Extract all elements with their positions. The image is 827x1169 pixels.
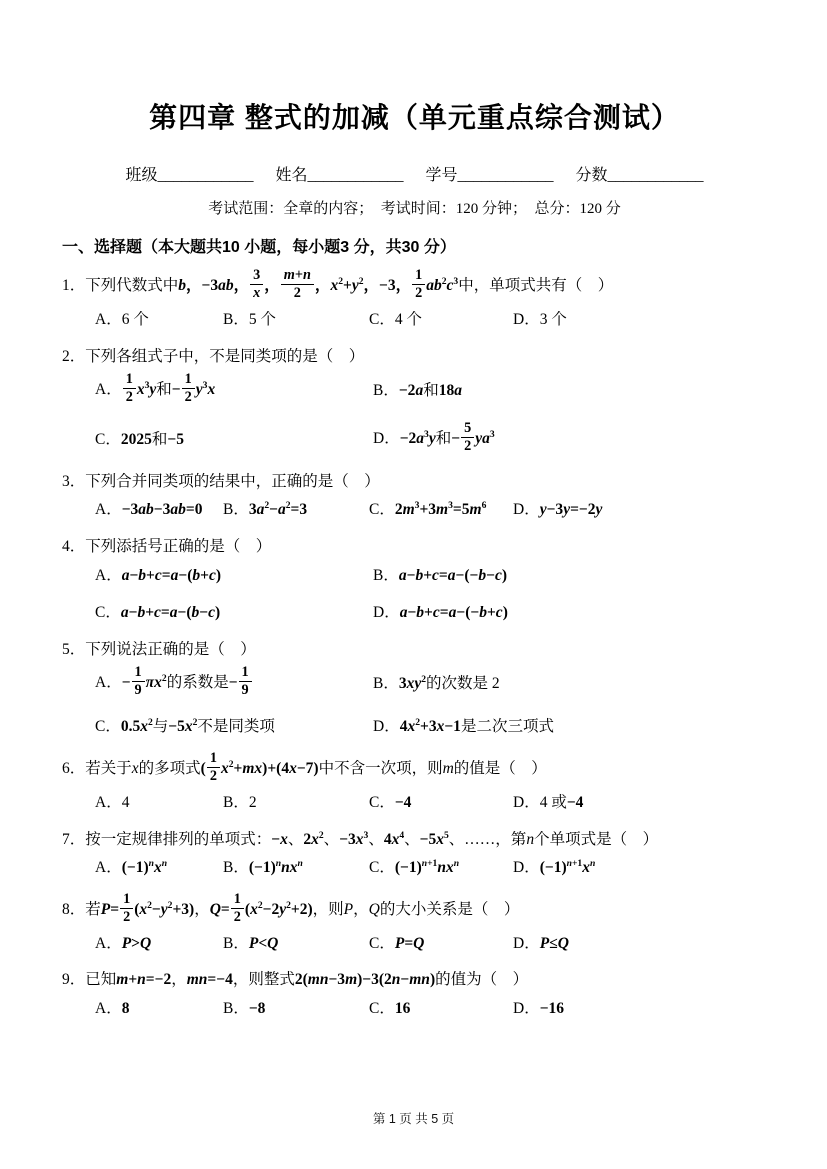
question-9-stem: 9．已知m+n=−2，mn=−4，则整式2(mn−3m)−3(2n−mn)的值为… — [62, 964, 767, 993]
question-1-option-b: B．5 个 — [223, 307, 369, 333]
exam-paper-page: 第四章 整式的加减（单元重点综合测试） 班级____________ 姓名___… — [0, 0, 827, 1169]
question-6-options: A．4 B．2 C．−4 D．4 或−4 — [62, 790, 767, 816]
question-7-option-b: B．(−1)nnxn — [223, 855, 369, 881]
question-5-option-c: C．0.5x2与−5x2不是同类项 — [95, 714, 373, 740]
question-5: 5．下列说法正确的是（ ） A．−19πx2的系数是−19 B．3xy2的次数是… — [62, 634, 767, 740]
question-7-option-a: A．(−1)nxn — [95, 855, 223, 881]
question-3-option-d: D．y−3y=−2y — [513, 497, 767, 523]
question-2-option-b: B．−2a和18a — [373, 378, 767, 404]
question-7-stem: 7．按一定规律排列的单项式：−x、2x2、−3x3、4x4、−5x5、……，第n… — [62, 824, 767, 853]
question-3-options: A．−3ab−3ab=0 B．3a2−a2=3 C．2m3+3m3=5m6 D．… — [62, 497, 767, 523]
question-3-option-b: B．3a2−a2=3 — [223, 497, 369, 523]
name-field: 姓名____________ — [275, 162, 403, 185]
question-1-option-d: D．3 个 — [513, 307, 767, 333]
question-8-option-c: C．P=Q — [369, 931, 513, 957]
question-9: 9．已知m+n=−2，mn=−4，则整式2(mn−3m)−3(2n−mn)的值为… — [62, 964, 767, 1021]
page-title: 第四章 整式的加减（单元重点综合测试） — [62, 96, 767, 136]
question-6-option-b: B．2 — [223, 790, 369, 816]
question-9-option-b: B．−8 — [223, 996, 369, 1022]
question-4-option-d: D．a−b+c=a−(−b+c) — [373, 600, 767, 626]
question-1-options: A．6 个 B．5 个 C．4 个 D．3 个 — [62, 307, 767, 333]
question-8: 8．若P=12(x2−y2+3)，Q=12(x2−2y2+2)，则P，Q的大小关… — [62, 889, 767, 957]
question-8-option-b: B．P<Q — [223, 931, 369, 957]
question-2: 2．下列各组式子中，不是同类项的是（ ） A．12x3y和−12y3x B．−2… — [62, 341, 767, 458]
question-9-option-a: A．8 — [95, 996, 223, 1022]
question-5-options: A．−19πx2的系数是−19 B．3xy2的次数是 2 C．0.5x2与−5x… — [62, 665, 767, 740]
question-3-stem: 3．下列合并同类项的结果中，正确的是（ ） — [62, 466, 767, 495]
question-1: 1．下列代数式中b，−3ab，3x，m+n2，x2+y2，−3，12ab2c3中… — [62, 265, 767, 333]
score-field: 分数____________ — [576, 162, 704, 185]
question-4-options: A．a−b+c=a−(b+c) B．a−b+c=a−(−b−c) C．a−b+c… — [62, 563, 767, 626]
question-4-option-a: A．a−b+c=a−(b+c) — [95, 563, 373, 589]
question-6-option-a: A．4 — [95, 790, 223, 816]
question-1-option-c: C．4 个 — [369, 307, 513, 333]
question-7: 7．按一定规律排列的单项式：−x、2x2、−3x3、4x4、−5x5、……，第n… — [62, 824, 767, 881]
question-6-option-c: C．−4 — [369, 790, 513, 816]
student-id-field: 学号____________ — [426, 162, 554, 185]
question-8-stem: 8．若P=12(x2−y2+3)，Q=12(x2−2y2+2)，则P，Q的大小关… — [62, 889, 767, 929]
question-2-option-a: A．12x3y和−12y3x — [95, 372, 373, 409]
question-5-option-d: D．4x2+3x−1是二次三项式 — [373, 714, 767, 740]
question-9-option-c: C．16 — [369, 996, 513, 1022]
question-1-option-a: A．6 个 — [95, 307, 223, 333]
question-6-stem: 6．若关于x的多项式(12x2+mx)+(4x−7)中不含一次项，则m的值是（ … — [62, 748, 767, 788]
question-3-option-a: A．−3ab−3ab=0 — [95, 497, 223, 523]
question-7-option-d: D．(−1)n+1xn — [513, 855, 767, 881]
question-2-option-c: C．2025和−5 — [95, 427, 373, 453]
question-5-option-a: A．−19πx2的系数是−19 — [95, 665, 373, 702]
question-2-stem: 2．下列各组式子中，不是同类项的是（ ） — [62, 341, 767, 370]
question-2-option-d: D．−2a3y和−52ya3 — [373, 421, 767, 458]
question-8-option-d: D．P≤Q — [513, 931, 767, 957]
question-5-stem: 5．下列说法正确的是（ ） — [62, 634, 767, 663]
question-3: 3．下列合并同类项的结果中，正确的是（ ） A．−3ab−3ab=0 B．3a2… — [62, 466, 767, 523]
question-4-option-b: B．a−b+c=a−(−b−c) — [373, 563, 767, 589]
question-3-option-c: C．2m3+3m3=5m6 — [369, 497, 513, 523]
section-1-heading: 一、选择题（本大题共10 小题，每小题3 分，共30 分） — [62, 234, 767, 257]
question-8-options: A．P>Q B．P<Q C．P=Q D．P≤Q — [62, 931, 767, 957]
question-5-option-b: B．3xy2的次数是 2 — [373, 671, 767, 697]
page-number-footer: 第 1 页 共 5 页 — [0, 1109, 827, 1127]
question-8-option-a: A．P>Q — [95, 931, 223, 957]
question-6-option-d: D．4 或−4 — [513, 790, 767, 816]
question-4-stem: 4．下列添括号正确的是（ ） — [62, 531, 767, 560]
question-9-option-d: D．−16 — [513, 996, 767, 1022]
question-1-stem: 1．下列代数式中b，−3ab，3x，m+n2，x2+y2，−3，12ab2c3中… — [62, 265, 767, 305]
question-6: 6．若关于x的多项式(12x2+mx)+(4x−7)中不含一次项，则m的值是（ … — [62, 748, 767, 816]
exam-meta: 考试范围：全章的内容； 考试时间：120 分钟； 总分：120 分 — [62, 197, 767, 218]
question-7-options: A．(−1)nxn B．(−1)nnxn C．(−1)n+1nxn D．(−1)… — [62, 855, 767, 881]
question-4: 4．下列添括号正确的是（ ） A．a−b+c=a−(b+c) B．a−b+c=a… — [62, 531, 767, 626]
question-9-options: A．8 B．−8 C．16 D．−16 — [62, 996, 767, 1022]
class-field: 班级____________ — [125, 162, 253, 185]
question-7-option-c: C．(−1)n+1nxn — [369, 855, 513, 881]
question-2-options: A．12x3y和−12y3x B．−2a和18a C．2025和−5 D．−2a… — [62, 372, 767, 458]
student-info-row: 班级____________ 姓名____________ 学号________… — [62, 162, 767, 185]
question-4-option-c: C．a−b+c=a−(b−c) — [95, 600, 373, 626]
